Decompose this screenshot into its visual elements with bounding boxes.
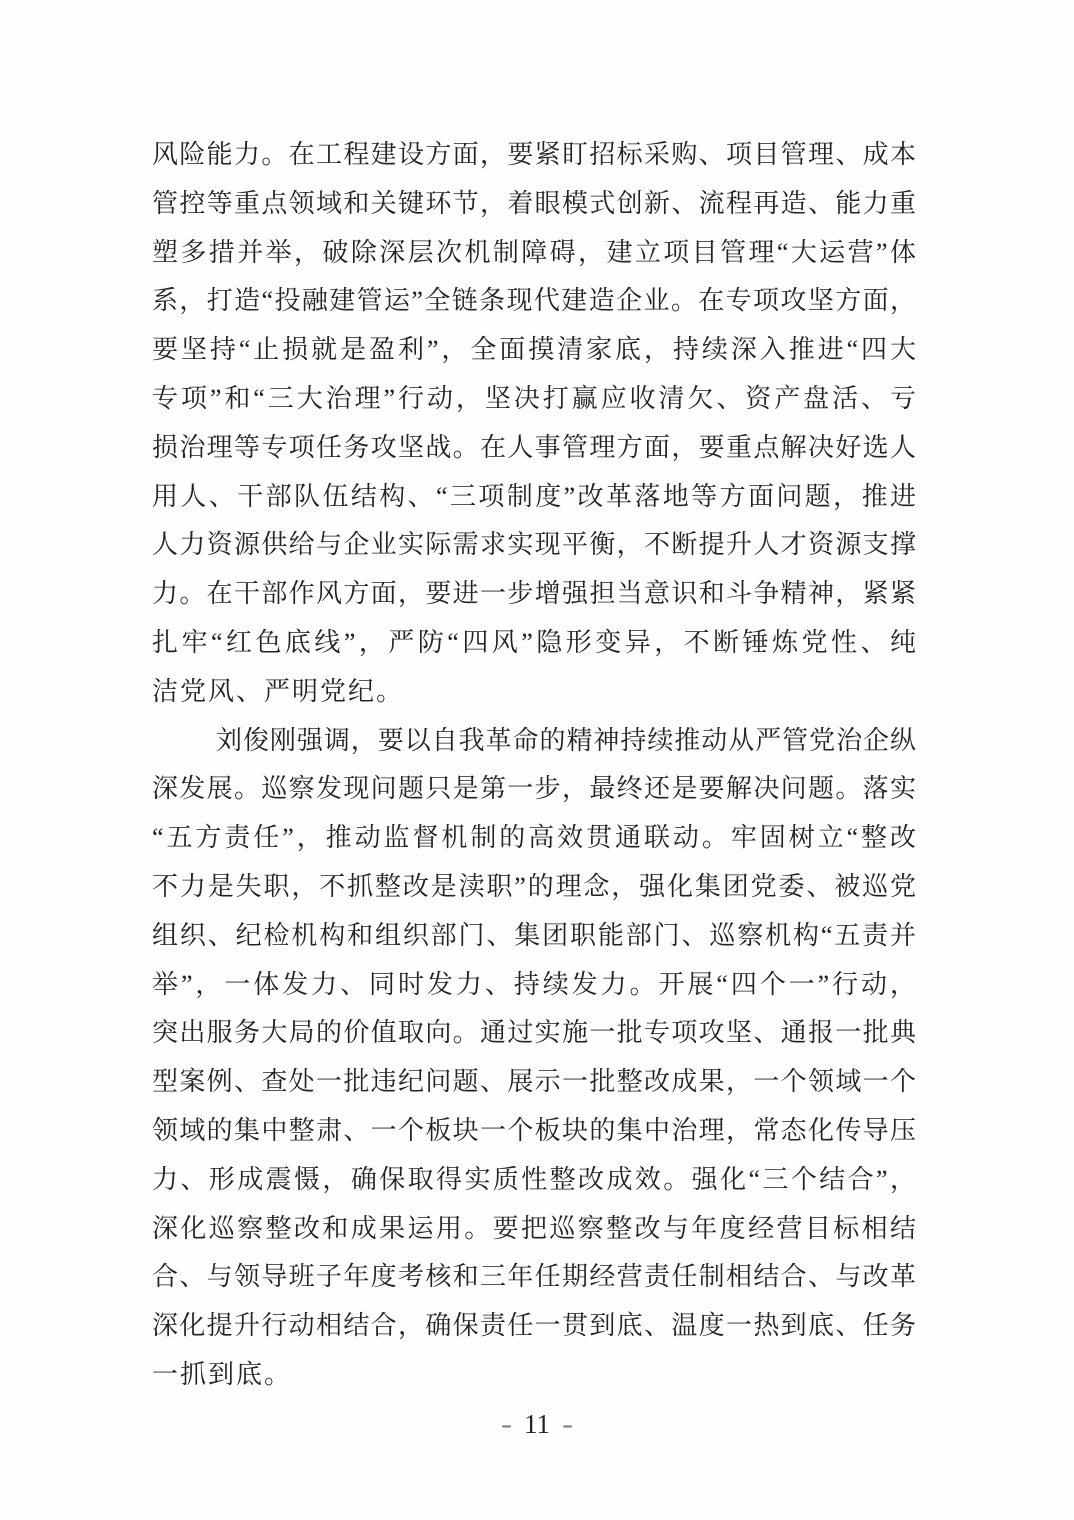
- text-line: 深发展。巡察发现问题只是第一步，最终还是要解决问题。落实: [152, 765, 916, 814]
- page-number-left-dash: -: [501, 1409, 512, 1440]
- text-line: 不力是失职，不抓整改是渎职”的理念，强化集团党委、被巡党: [152, 863, 916, 912]
- text-line: 要坚持“止损就是盈利”，全面摸清家底，持续深入推进“四大: [152, 326, 916, 375]
- text-line: 用人、干部队伍结构、“三项制度”改革落地等方面问题，推进: [152, 473, 916, 522]
- text-line: 合、与领导班子年度考核和三年任期经营责任制相结合、与改革: [152, 1253, 916, 1302]
- text-line: 领域的集中整肃、一个板块一个板块的集中治理，常态化传导压: [152, 1107, 916, 1156]
- text-line: 扎牢“红色底线”，严防“四风”隐形变异，不断锤炼党性、纯: [152, 619, 916, 668]
- text-line: 风险能力。在工程建设方面，要紧盯招标采购、项目管理、成本: [152, 131, 916, 180]
- text-line: 组织、纪检机构和组织部门、集团职能部门、巡察机构“五责并: [152, 912, 916, 961]
- text-line: 型案例、查处一批违纪问题、展示一批整改成果，一个领域一个: [152, 1058, 916, 1107]
- text-line: 举”，一体发力、同时发力、持续发力。开展“四个一”行动，: [152, 961, 916, 1010]
- page-number-right-dash: -: [562, 1409, 573, 1440]
- text-line: 一抓到底。: [152, 1351, 916, 1400]
- text-line: 突出服务大局的价值取向。通过实施一批专项攻坚、通报一批典: [152, 1009, 916, 1058]
- paragraph: 刘俊刚强调，要以自我革命的精神持续推动从严管党治企纵深发展。巡察发现问题只是第一…: [152, 717, 916, 1400]
- text-line: “五方责任”，推动监督机制的高效贯通联动。牢固树立“整改: [152, 814, 916, 863]
- text-line: 管控等重点领域和关键环节，着眼模式创新、流程再造、能力重: [152, 180, 916, 229]
- text-line: 人力资源供给与企业实际需求实现平衡，不断提升人才资源支撑: [152, 521, 916, 570]
- text-line: 深化巡察整改和成果运用。要把巡察整改与年度经营目标相结: [152, 1205, 916, 1254]
- text-line: 力、形成震慑，确保取得实质性整改成效。强化“三个结合”，: [152, 1156, 916, 1205]
- text-line: 力。在干部作风方面，要进一步增强担当意识和斗争精神，紧紧: [152, 570, 916, 619]
- text-line: 洁党风、严明党纪。: [152, 668, 916, 717]
- text-line: 系，打造“投融建管运”全链条现代建造企业。在专项攻坚方面，: [152, 277, 916, 326]
- text-line: 深化提升行动相结合，确保责任一贯到底、温度一热到底、任务: [152, 1302, 916, 1351]
- text-line: 刘俊刚强调，要以自我革命的精神持续推动从严管党治企纵: [152, 717, 916, 766]
- document-body: 风险能力。在工程建设方面，要紧盯招标采购、项目管理、成本管控等重点领域和关键环节…: [152, 131, 916, 1400]
- text-line: 专项”和“三大治理”行动，坚决打赢应收清欠、资产盘活、亏: [152, 375, 916, 424]
- page-number: 11: [524, 1409, 550, 1440]
- text-line: 损治理等专项任务攻坚战。在人事管理方面，要重点解决好选人: [152, 424, 916, 473]
- paragraph: 风险能力。在工程建设方面，要紧盯招标采购、项目管理、成本管控等重点领域和关键环节…: [152, 131, 916, 717]
- page-footer: - 11 -: [0, 1402, 1074, 1446]
- text-line: 塑多措并举，破除深层次机制障碍，建立项目管理“大运营”体: [152, 229, 916, 278]
- document-page: 风险能力。在工程建设方面，要紧盯招标采购、项目管理、成本管控等重点领域和关键环节…: [0, 0, 1074, 1520]
